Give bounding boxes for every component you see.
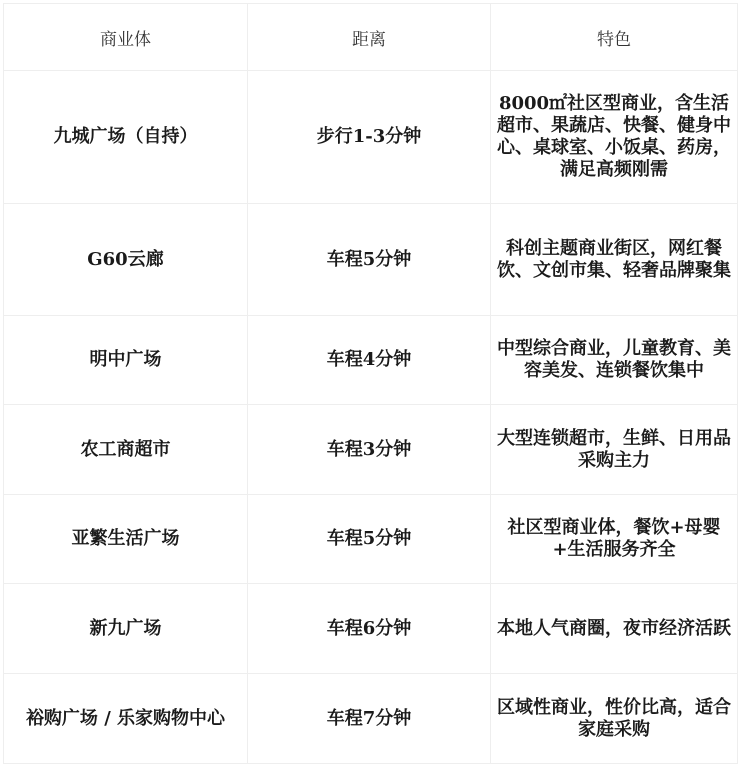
commercial-facilities-table: 商业体 距离 特色 九城广场（自持） 步行1-3分钟 8000㎡社区型商业，含生… [3, 3, 738, 764]
cell-feature: 中型综合商业，儿童教育、美容美发、连锁餐饮集中 [491, 316, 738, 405]
cell-business: 裕购广场 / 乐家购物中心 [4, 674, 248, 764]
header-feature: 特色 [491, 4, 738, 71]
cell-feature: 社区型商业体，餐饮+母婴+生活服务齐全 [491, 495, 738, 584]
table-row: 九城广场（自持） 步行1-3分钟 8000㎡社区型商业，含生活超市、果蔬店、快餐… [4, 71, 738, 204]
cell-distance: 车程7分钟 [248, 674, 491, 764]
header-business: 商业体 [4, 4, 248, 71]
cell-business: 亚繁生活广场 [4, 495, 248, 584]
cell-business: G60云廊 [4, 204, 248, 316]
table-row: 新九广场 车程6分钟 本地人气商圈，夜市经济活跃 [4, 584, 738, 674]
table-header-row: 商业体 距离 特色 [4, 4, 738, 71]
cell-business: 新九广场 [4, 584, 248, 674]
cell-distance: 车程5分钟 [248, 204, 491, 316]
cell-distance: 车程3分钟 [248, 405, 491, 495]
cell-feature: 区域性商业，性价比高，适合家庭采购 [491, 674, 738, 764]
cell-feature: 8000㎡社区型商业，含生活超市、果蔬店、快餐、健身中心、桌球室、小饭桌、药房，… [491, 71, 738, 204]
table-row: 裕购广场 / 乐家购物中心 车程7分钟 区域性商业，性价比高，适合家庭采购 [4, 674, 738, 764]
cell-distance: 车程6分钟 [248, 584, 491, 674]
cell-feature: 大型连锁超市，生鲜、日用品采购主力 [491, 405, 738, 495]
cell-feature: 本地人气商圈，夜市经济活跃 [491, 584, 738, 674]
table-row: 明中广场 车程4分钟 中型综合商业，儿童教育、美容美发、连锁餐饮集中 [4, 316, 738, 405]
table-row: 亚繁生活广场 车程5分钟 社区型商业体，餐饮+母婴+生活服务齐全 [4, 495, 738, 584]
table-row: G60云廊 车程5分钟 科创主题商业街区，网红餐饮、文创市集、轻奢品牌聚集 [4, 204, 738, 316]
commercial-table-container: 商业体 距离 特色 九城广场（自持） 步行1-3分钟 8000㎡社区型商业，含生… [3, 3, 738, 764]
cell-feature: 科创主题商业街区，网红餐饮、文创市集、轻奢品牌聚集 [491, 204, 738, 316]
cell-business: 农工商超市 [4, 405, 248, 495]
cell-distance: 车程4分钟 [248, 316, 491, 405]
table-row: 农工商超市 车程3分钟 大型连锁超市，生鲜、日用品采购主力 [4, 405, 738, 495]
header-distance: 距离 [248, 4, 491, 71]
cell-distance: 步行1-3分钟 [248, 71, 491, 204]
cell-business: 明中广场 [4, 316, 248, 405]
cell-distance: 车程5分钟 [248, 495, 491, 584]
cell-business: 九城广场（自持） [4, 71, 248, 204]
